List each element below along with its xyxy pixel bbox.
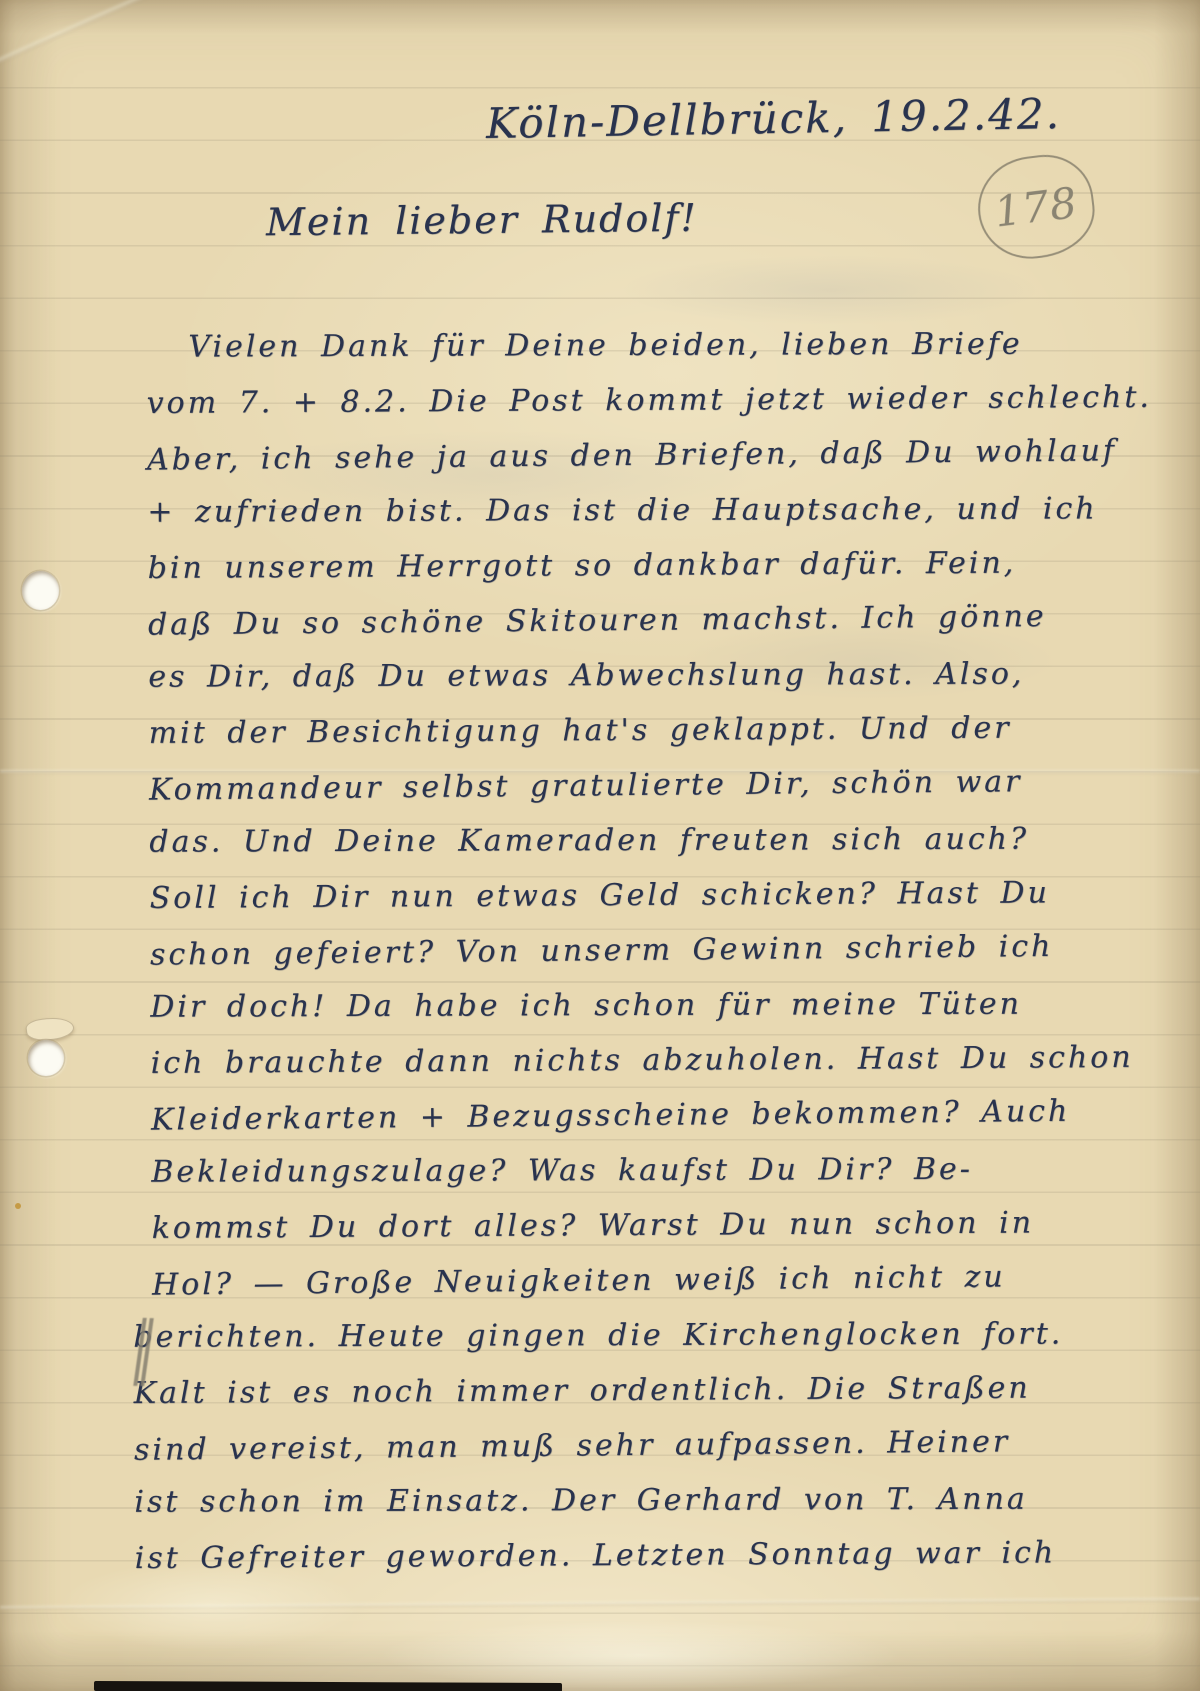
letter-line: mit der Besichtigung hat's geklappt. Und… [148, 700, 1108, 761]
letter-line: Vielen Dank für Deine beiden, lieben Bri… [146, 316, 1106, 374]
letter-line: ist schon im Einsatz. Der Gerhard von T.… [134, 1471, 1113, 1529]
letter-line: Aber, ich sehe ja aus den Briefen, daß D… [147, 423, 1107, 487]
letter-line: bin unserem Herrgott so dankbar dafür. F… [147, 535, 1107, 596]
letter-line: das. Und Deine Kameraden freuten sich au… [149, 811, 1109, 869]
punch-hole-top [22, 571, 59, 610]
letter-line: Soll ich Dir nun etwas Geld schicken? Ha… [150, 865, 1110, 926]
letter-line: Kalt ist es noch immer ordentlich. Die S… [134, 1360, 1113, 1421]
letter-line: Dir doch! Da habe ich schon für meine Tü… [150, 976, 1110, 1034]
circled-page-number: 178 [992, 178, 1081, 237]
letter-line: Kommandeur selbst gratulierte Dir, schön… [149, 753, 1109, 817]
bottom-fold-crease [0, 1598, 1200, 1610]
corner-crease [0, 0, 210, 76]
letter-line: vom 7. + 8.2. Die Post kommt jetzt wiede… [146, 370, 1106, 431]
punch-hole-bottom [28, 1040, 64, 1076]
circled-page-number-annotation: 178 [972, 149, 1100, 264]
dateline: Köln-Dellbrück, 19.2.42. [486, 89, 1062, 148]
letter-line: Kleiderkarten + Bezugsscheine bekommen? … [151, 1083, 1111, 1147]
torn-paper-flap [25, 1016, 75, 1043]
show-through-smudge [620, 255, 1040, 325]
letter-line: es Dir, daß Du etwas Abwechslung hast. A… [148, 646, 1108, 704]
letter-line: daß Du so schöne Skitouren machst. Ich g… [148, 588, 1108, 652]
letter-line: berichten. Heute gingen die Kirchenglock… [133, 1306, 1112, 1364]
ink-spot [15, 1203, 21, 1209]
letter-line: Bekleidungszulage? Was kaufst Du Dir? Be… [151, 1141, 1111, 1199]
paper-wrinkle-highlight [380, 1620, 900, 1690]
salutation: Mein lieber Rudolf! [266, 196, 698, 245]
letter-line: kommst Du dort alles? Warst Du nun schon… [152, 1195, 1112, 1256]
letter-line: schon gefeiert? Von unserm Gewinn schrie… [150, 918, 1110, 982]
letter-line: ich brauchte dann nichts abzuholen. Hast… [151, 1030, 1111, 1091]
letter-line: sind vereist, man muß sehr aufpassen. He… [134, 1413, 1113, 1477]
letter-line: ist Gefreiter geworden. Letzten Sonntag … [135, 1525, 1114, 1586]
letter-line: Hol? — Große Neuigkeiten weiß ich nicht … [152, 1248, 1112, 1312]
letter-line: + zufrieden bist. Das ist die Hauptsache… [147, 481, 1107, 539]
scanner-background-strip [94, 1681, 562, 1691]
letter-scan-page: Köln-Dellbrück, 19.2.42. 178 Mein lieber… [0, 0, 1200, 1691]
letter-body: Vielen Dank für Deine beiden, lieben Bri… [146, 315, 1114, 1586]
